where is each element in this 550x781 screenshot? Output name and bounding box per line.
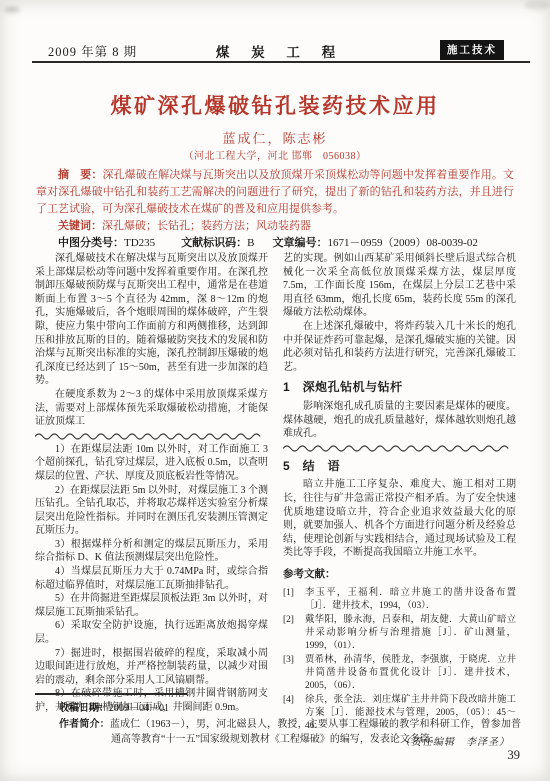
scan-smudge — [4, 6, 20, 13]
bio-label: 作者简介： — [59, 719, 110, 730]
paragraph: 在上述深孔爆破中，将炸药装入几十米长的炮孔中并保证炸药可靠起爆，是深孔爆破实施的… — [283, 320, 516, 374]
scan-smudge — [524, 0, 550, 10]
keywords-line: 关键词：深孔爆破；长钻孔；装药方法；风动装药器 — [36, 218, 514, 235]
list-item: 2）在距煤层法距 5m 以外时，对煤层施工 3 个测压钻孔。全钻孔取芯，并将取芯… — [35, 484, 268, 538]
reference-text: 贾希林，孙清华，侯胜龙，李强旗，于晓虎．立井井筒凿井设备布置优化设计［J］．建井… — [305, 654, 516, 693]
reference-text: 李玉平，王福利．暗立井施工的凿井设备布置［J］．建井技术，1994，（03）． — [305, 587, 516, 613]
list-item: 6）采取安全防护设施，执行远距离放炮揭穿煤层。 — [35, 619, 268, 646]
left-column: 深孔爆破技术在解决煤与瓦斯突出以及放顶煤开采上部煤层松动等问题中发挥着重要作用。… — [35, 252, 268, 750]
section-badge: 施工技术 — [440, 40, 504, 60]
article-id-label: 文章编号： — [273, 237, 328, 249]
header-rule — [32, 61, 530, 63]
abstract-label: 摘 要： — [58, 169, 103, 181]
received-date-line: 收稿日期：2009－04－01 — [35, 701, 521, 717]
doc-code-value: B — [247, 237, 254, 249]
paragraph: 影响深炮孔成孔质量的主要因素是煤体的硬度。煤体越硬，炮孔的成孔质量越好，煤体越软… — [283, 400, 516, 441]
scanned-paper-page: 2009 年第 8 期 煤 炭 工 程 施工技术 煤矿深孔爆破钻孔装药技术应用 … — [0, 0, 550, 781]
keywords-text: 深孔爆破；长钻孔；装药方法；风动装药器 — [102, 220, 311, 232]
clc-value: TD235 — [124, 237, 155, 249]
affiliation: （河北工程大学，河北 邯郸 056038） — [0, 147, 550, 162]
list-item: 4）当煤层瓦斯压力大于 0.74MPa 时，或综合指标超过临界值时，对煤层施工瓦… — [35, 565, 268, 592]
reference-item: [3]贾希林，孙清华，侯胜龙，李强旗，于晓虎．立井井筒凿井设备布置优化设计［J］… — [283, 654, 516, 693]
paragraph: 暗立井施工工序复杂、难度大、施工相对工期长，往往与矿井急需正常投产相矛盾。为了安… — [283, 478, 516, 560]
abstract-block: 摘 要：深孔爆破在解决煤与瓦斯突出以及放顶煤开采顶煤松动等问题中发挥着重要作用。… — [36, 167, 514, 252]
issue-label: 2009 年第 8 期 — [48, 42, 137, 60]
abstract-paragraph: 摘 要：深孔爆破在解决煤与瓦斯突出以及放顶煤开采顶煤松动等问题中发挥着重要作用。… — [36, 167, 514, 218]
reference-item: [1]李玉平，王福利．暗立井施工的凿井设备布置［J］．建井技术，1994，（03… — [283, 587, 516, 613]
author-bio-line: 作者简介：蓝成仁（1963－），男，河北磁县人，教授，主要从事工程爆破的教学和科… — [35, 717, 521, 748]
list-item: 1）在距煤层法距 10m 以外时，对工作面施工 3 个超前探孔，钻孔穿过煤层，进… — [35, 443, 268, 484]
wavy-separator — [283, 444, 516, 453]
abstract-text: 深孔爆破在解决煤与瓦斯突出以及放顶煤开采顶煤松动等问题中发挥着重要作用。文章对深… — [36, 169, 514, 215]
wavy-separator — [35, 432, 268, 441]
reference-item: [2]戴华阳，滕永海，吕泰和，胡友健．大黄山矿暗立井采动影响分析与治理措施［J］… — [283, 614, 516, 653]
page-number: 39 — [508, 748, 521, 763]
received-label: 收稿日期： — [59, 703, 109, 714]
received-date: 2009－04－01 — [109, 703, 169, 714]
doc-code-label: 文献标识码： — [181, 237, 247, 249]
list-item: 5）在井筒掘进至距煤层顶板法距 3m 以外时，对煤层施工瓦斯抽采钻孔。 — [35, 592, 268, 619]
footnote-rule — [35, 693, 187, 695]
page-header: 2009 年第 8 期 煤 炭 工 程 施工技术 — [32, 38, 528, 62]
article-title: 煤矿深孔爆破钻孔装药技术应用 — [0, 90, 550, 120]
page-footer: 收稿日期：2009－04－01 作者简介：蓝成仁（1963－），男，河北磁县人，… — [35, 701, 521, 748]
section-heading-5: 5 结 语 — [283, 460, 516, 474]
reference-number: [2] — [283, 614, 305, 653]
reference-number: [1] — [283, 587, 305, 613]
reference-number: [3] — [283, 654, 305, 693]
journal-title: 煤 炭 工 程 — [216, 41, 344, 61]
reference-text: 戴华阳，滕永海，吕泰和，胡友健．大黄山矿暗立井采动影响分析与治理措施［J］．矿山… — [305, 614, 516, 653]
list-item: 3）根据煤样分析和测定的煤层瓦斯压力，采用综合指标 D、K 值法预测煤层突出危险… — [35, 538, 268, 565]
paragraph: 深孔爆破技术在解决煤与瓦斯突出以及放顶煤开采上部煤层松动等问题中发挥着重要作用。… — [35, 252, 268, 388]
section-heading-1: 1 深炮孔钻机与钻杆 — [283, 381, 516, 395]
list-item: 7）掘进时，根据围岩破碎的程度，采取减小周边眼间距进行放炮，并严格控制装药量，以… — [35, 647, 268, 688]
paragraph: 在硬度系数为 2～3 的煤体中采用放顶煤采煤方法，需要对上部煤体预先采取爆破松动… — [35, 388, 268, 429]
authors: 蓝成仁，陈志彬 — [0, 128, 550, 147]
clc-label: 中图分类号： — [58, 237, 124, 249]
bio-text: 蓝成仁（1963－），男，河北磁县人，教授，主要从事工程爆破的教学和科研工作，曾… — [110, 719, 521, 746]
article-id-value: 1671－0959（2009）08-0039-02 — [328, 237, 478, 249]
body-columns: 深孔爆破技术在解决煤与瓦斯突出以及放顶煤开采上部煤层松动等问题中发挥着重要作用。… — [35, 252, 516, 750]
keywords-label: 关键词： — [58, 220, 102, 232]
classification-line: 中图分类号：TD235文献标识码：B文章编号：1671－0959（2009）08… — [36, 235, 514, 252]
references-heading: 参考文献： — [283, 568, 516, 582]
right-column: 艺的实现。例如山西某矿采用倾斜长壁后退式综合机械化一次采全高低位放顶煤采煤方法，… — [283, 252, 516, 750]
paragraph: 艺的实现。例如山西某矿采用倾斜长壁后退式综合机械化一次采全高低位放顶煤采煤方法，… — [283, 252, 516, 320]
